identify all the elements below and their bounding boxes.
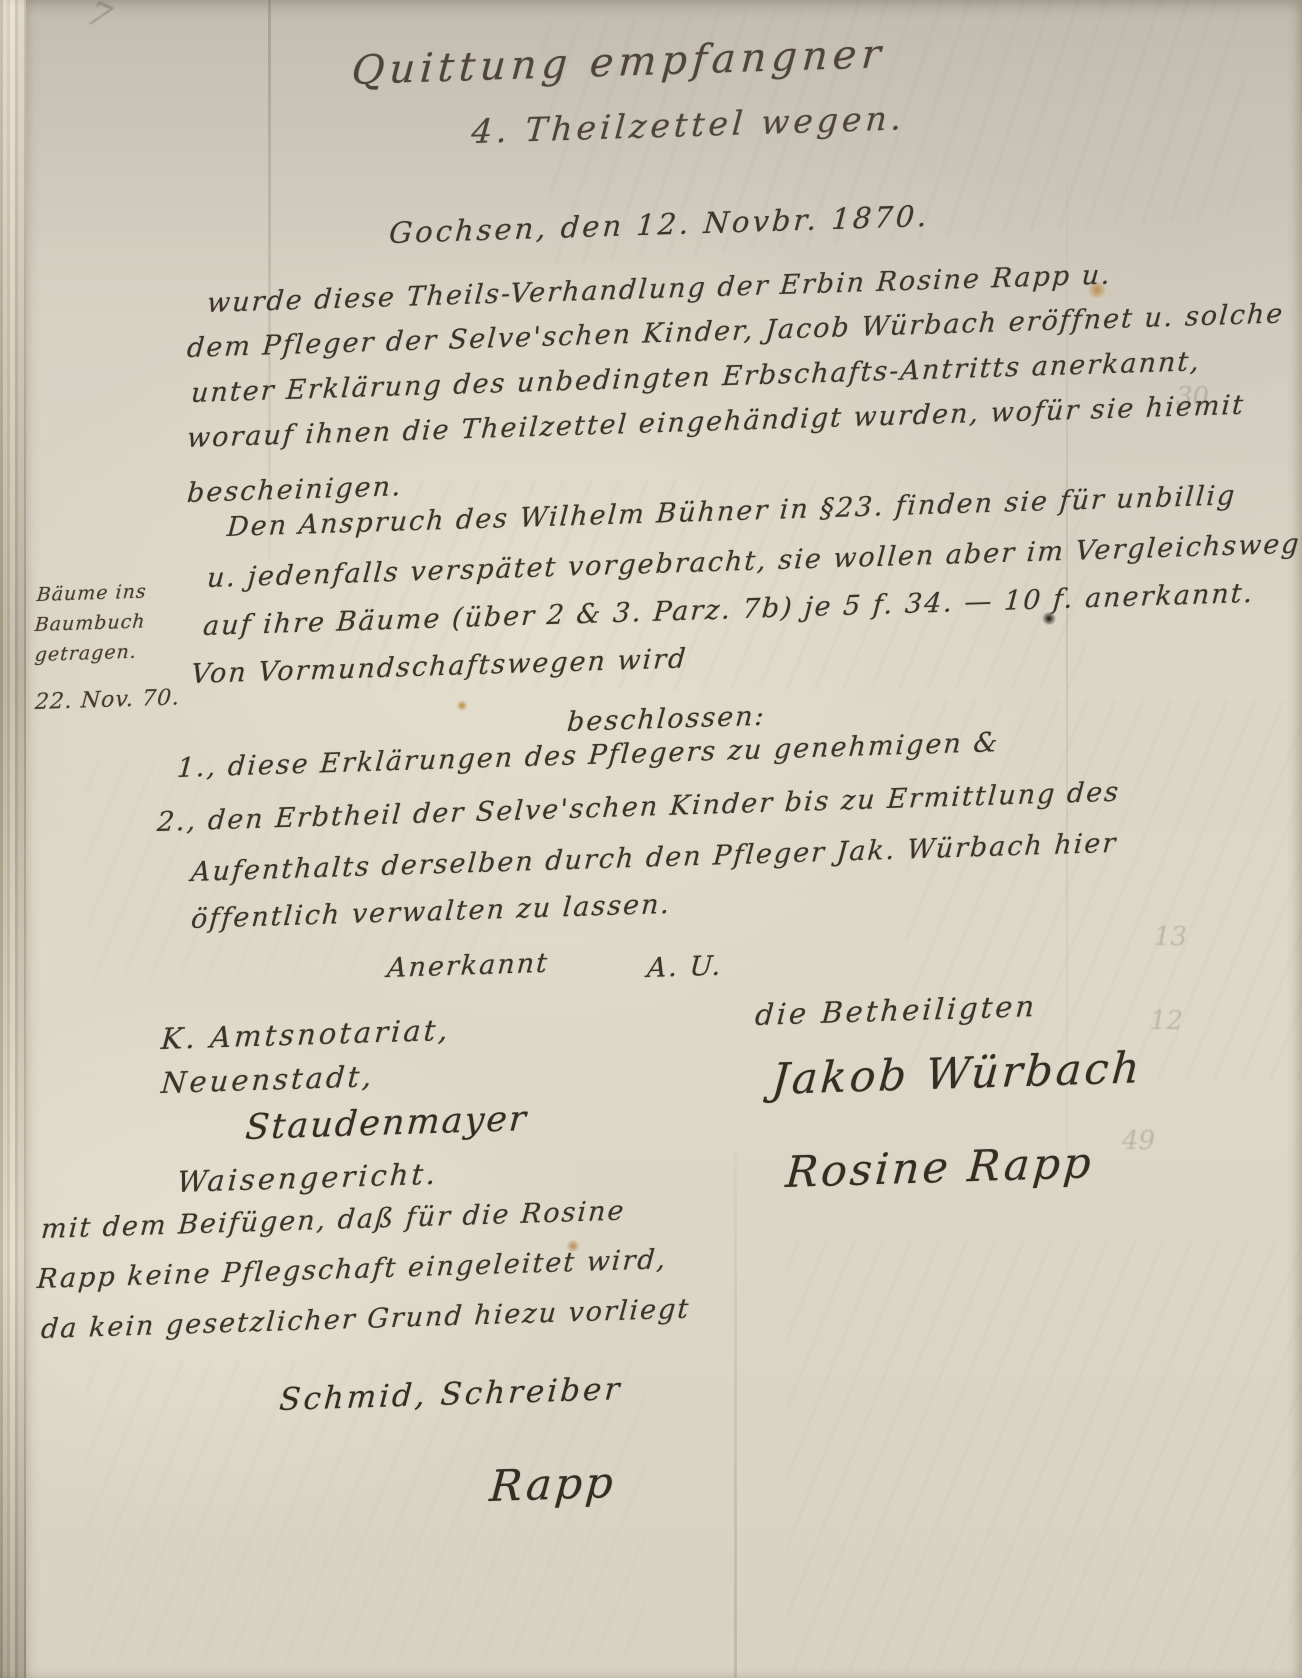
court-name-line-2: Neuenstadt, [160, 1059, 376, 1100]
body-line: Von Vormundschaftswegen wird [190, 643, 689, 690]
ink-bleedthrough [786, 1240, 1302, 1670]
document-photo: Quittung empfangner 4. Theilzettel wegen… [0, 0, 1302, 1678]
margin-note-line: getragen. [34, 641, 138, 666]
acknowledgement-initials: A. U. [646, 951, 724, 984]
dateline: Gochsen, den 12. Novbr. 1870. [388, 199, 931, 250]
manuscript-page: Quittung empfangner 4. Theilzettel wegen… [26, 0, 1302, 1678]
orphans-court-title: Waisengericht. [176, 1157, 440, 1199]
title-line-1: Quittung empfangner [350, 31, 887, 94]
paper-stain [456, 700, 468, 711]
signature-jakob-wuerbach: Jakob Würbach [770, 1043, 1144, 1105]
orphans-court-note: da kein gesetzlicher Grund hiezu vorlieg… [40, 1294, 691, 1345]
fold-crease [734, 1150, 737, 1678]
signature-schmid-clerk: Schmid, Schreiber [278, 1371, 624, 1418]
margin-note-line: Bäume ins [36, 580, 147, 606]
decree-item-2: 2., den Erbtheil der Selve'schen Kinder … [156, 777, 1121, 838]
orphans-court-note: mit dem Beifügen, daß für die Rosine [40, 1196, 627, 1245]
acknowledgement-word: Anerkannt [386, 948, 550, 984]
bleedthrough-number: 12 [1150, 1006, 1183, 1036]
margin-note-line: Baumbuch [34, 610, 146, 636]
decree-item-2-cont: Aufenthalts derselben durch den Pfleger … [190, 828, 1118, 888]
pencil-mark: 7 [81, 0, 117, 39]
court-name-line-1: K. Amtsnotariat, [160, 1013, 452, 1056]
participants-label: die Betheiligten [754, 989, 1038, 1032]
signature-rapp-bottom: Rapp [488, 1458, 618, 1512]
signature-rosine-rapp: Rosine Rapp [784, 1138, 1095, 1198]
title-line-2: 4. Theilzettel wegen. [470, 98, 907, 151]
body-line: bescheinigen. [186, 471, 404, 509]
signature-staudenmayer: Staudenmayer [244, 1099, 529, 1148]
bleedthrough-number: 13 [1154, 922, 1187, 952]
bleedthrough-number: 49 [1122, 1126, 1155, 1156]
decree-item-2-cont: öffentlich verwalten zu lassen. [190, 889, 672, 935]
margin-note-date: 22. Nov. 70. [34, 685, 181, 715]
decree-heading: beschlossen: [566, 701, 767, 738]
orphans-court-note: Rapp keine Pflegschaft eingeleitet wird, [36, 1244, 668, 1295]
